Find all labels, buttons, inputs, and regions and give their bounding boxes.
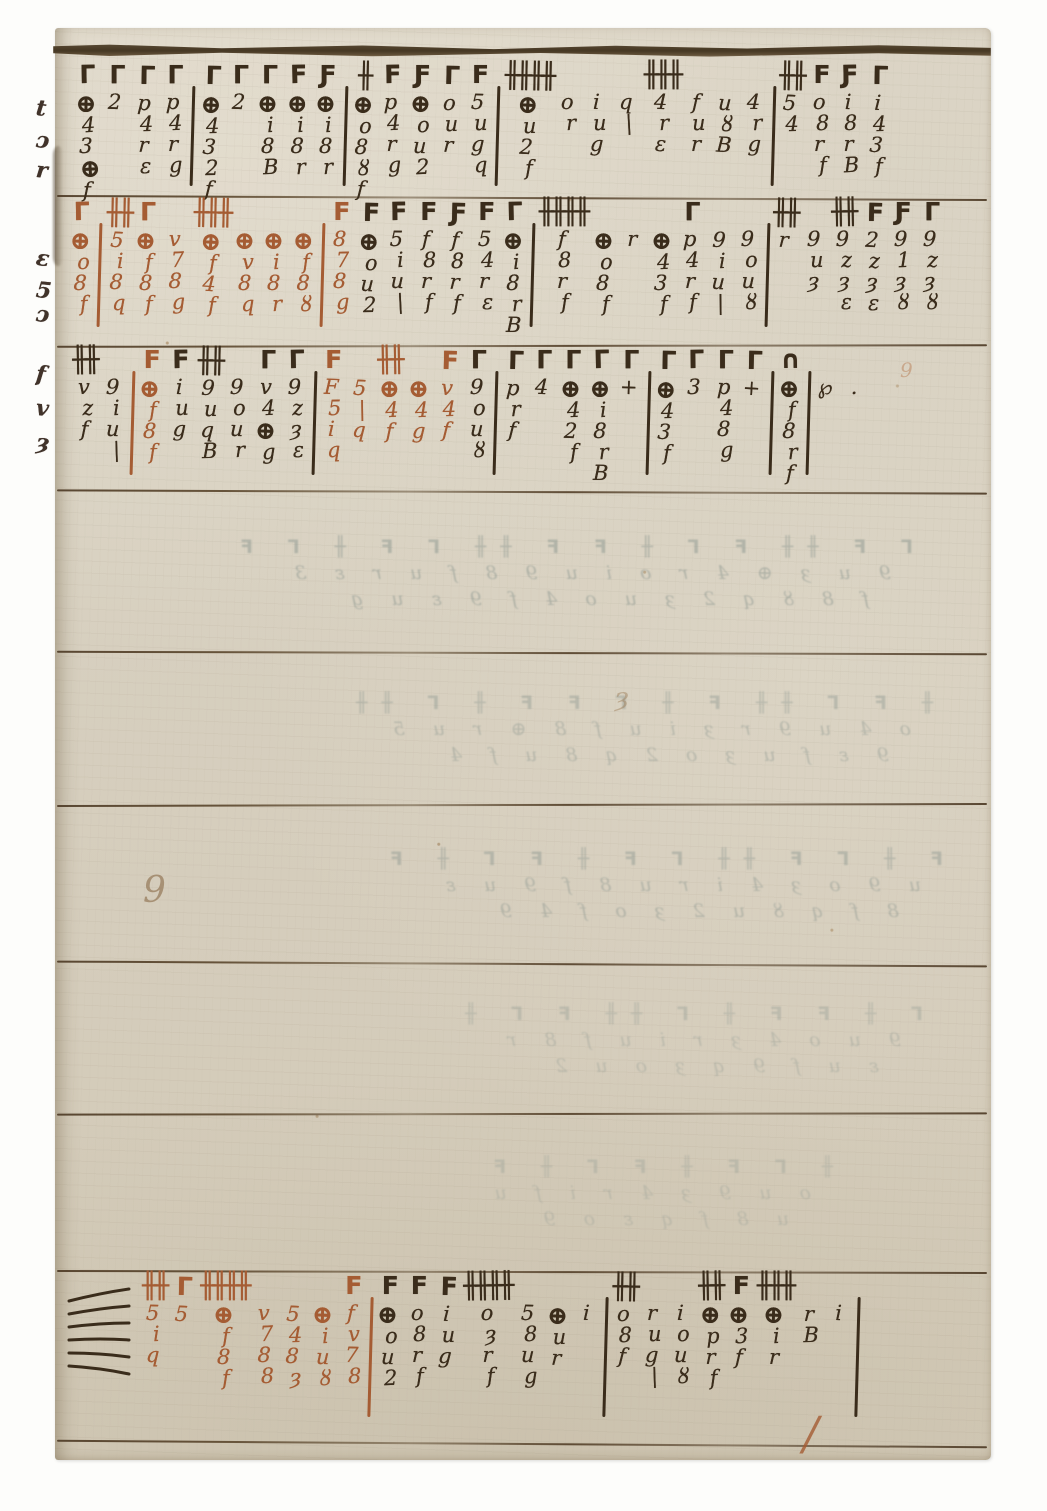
tab-note: f [663,443,671,464]
rhythm-flag-icon: ╫╫╫ [193,200,230,231]
tab-event-column: 9uȝ [803,199,827,292]
tab-note: 2 [384,1368,398,1389]
tab-note: 5 [175,1304,190,1326]
tab-note: ɛ [868,293,880,314]
bleed-line: 9 ɛ f u ȝ o 2 q 8 u f 4 [73,742,973,768]
tab-note: f [222,1326,231,1347]
tab-note: g [262,442,276,463]
rhythm-flag-icon: Γ [508,348,522,378]
gutter-fragment-glyph: ɛ [35,245,58,273]
tab-note: ⊕ [409,92,431,116]
tab-note: ⊕ [778,377,799,400]
rhythm-flag-icon: ╫╫ [142,1273,166,1303]
rhythm-flag-icon: F [144,347,158,377]
tab-note: i [267,115,274,136]
tab-note: f [148,400,157,421]
rhythm-flag-icon: F [472,62,486,92]
tab-event-column: ╫╫╫⊕f4f [191,200,230,317]
tab-event-column: ⊕43f [650,199,674,315]
rhythm-flag-icon: Γ [688,347,701,377]
tab-event-column: Fo8rf [406,1273,430,1387]
tab-note: B [716,135,733,157]
bleed-line: Γ F ╫╫ F Γ ╫ F F ╫╫ Γ F ╫ Γ F [73,534,973,560]
tab-note: g [171,292,186,314]
tab-note: f [148,442,157,463]
rhythm-flag-icon: ╫╫╫╫ [504,63,553,94]
rhythm-flag-icon: F [345,1273,359,1303]
tab-event-column: F⊕f8f [139,347,163,463]
tab-event-column: Γ9zȝɛ [283,347,309,461]
tab-event-column: Γi43f [865,63,891,177]
ruled-line [57,651,987,656]
tab-note: i [593,92,600,113]
tab-note: f [617,1346,626,1367]
barline [495,86,500,186]
rhythm-flag-icon: Γ [260,347,273,377]
barline [602,1297,608,1417]
tab-note: f [709,1368,718,1389]
tab-note: r [323,157,334,178]
tab-event-column: Γ9zȝȣ [919,199,943,313]
tab-event-column: Ffv78 [340,1273,364,1387]
rhythm-flag-icon: Γ [110,62,123,92]
bleed-line: 8 f q ȣ u 2 ȝ o f 4 9 [73,898,973,924]
tab-note: i [296,115,304,136]
tab-note: 2 [416,157,430,178]
rhythm-flag-icon: ╫╫╫╫ [539,199,587,229]
tab-event-column: Γv4⊕g [255,347,279,463]
tab-event-column: Ƒ⊕i8r [315,62,339,178]
tab-note: ⊕ [135,229,157,253]
tab-event-column: ╫╫⊕prf [698,1273,724,1389]
tab-note: i [835,1303,842,1324]
tab-note: ⊕ [263,229,285,253]
tab-event-column: iouȣ [670,1273,694,1387]
gutter-fragment-glyph: v [35,395,58,423]
tab-event-column: ⊕iuȣ [311,1273,335,1389]
tab-event-column: v78g [163,199,189,313]
tab-note: ȣ [745,292,758,314]
tab-note: ȣ [677,1366,689,1387]
rhythm-flag-icon: Γ [873,63,887,93]
bleed-line: o 4 u 9 r ȝ i u f 8 ⊕ r u 5 [73,716,973,742]
tab-note: ⊕ [763,1303,785,1327]
tab-note: f [451,230,460,251]
tab-event-column: or [557,62,581,134]
tab-note: ɛ [840,292,852,314]
tab-note: ℘ [818,377,833,398]
manuscript-page: Γ F ╫╫ F Γ ╫ F F ╫╫ Γ F ╫ Γ F9 u ȝ ⊕ 4 r… [55,28,991,1460]
rhythm-flag-icon: Γ [139,63,153,93]
tab-note: f [786,463,794,484]
barline [368,1297,374,1417]
tab-event-column: 4rg [742,62,768,155]
tab-note: i [512,252,520,273]
tab-event-column: ╫╫r [773,200,798,251]
tab-event-column: ╫╫╫╫f8rf [539,199,587,313]
rhythm-flag-icon: F [420,199,434,229]
ruled-line [57,803,987,807]
tab-note: ⊕ [286,92,307,115]
rhythm-flag-icon: Γ [718,347,731,377]
tab-note: f [525,158,533,179]
tab-event-column: Γ3 [683,347,708,398]
barline [190,86,195,186]
tab-note: 2 [363,295,377,316]
tab-event-column: ⊕o8f [592,199,616,315]
bleed-band: F ╫ Γ F ╫╫ Γ F ╫ F Γ ╫ Fu 9 o ȝ 4 i r u … [73,812,973,957]
tab-note: r [234,440,245,461]
rhythm-flag-icon: Γ [233,62,246,92]
bleed-band: ╫ F Γ ╫╫ F ╫ Γ F F ╫ Γ ╫╫o 4 u 9 r ȝ i u… [73,660,973,798]
tab-event-column: i [826,1273,851,1324]
tab-event-column: F⊕ou2 [356,200,382,316]
rhythm-flag-icon: Γ [593,347,606,377]
tab-event-column: Γ9ouȣ [465,347,489,461]
gutter-fragment-glyph: t [35,95,58,123]
barline [805,371,810,475]
tab-note: f [425,292,434,313]
tab-note: ⊕ [546,1303,568,1327]
rhythm-flag-icon: Γ [262,62,275,92]
tab-event-column: ╫⊕o8ȣf [350,63,377,200]
bleed-line: Γ ╫ F F ╫ Γ ╫╫ F Γ ╫ [73,1001,973,1027]
tab-note: f [561,292,570,313]
tab-note: q [112,293,126,314]
tab-event-column: ╫╫⊕4f [377,347,403,442]
rhythm-flag-icon: ╫╫ [72,347,97,377]
tab-event-column: ⊕ur [545,1274,571,1369]
tab-event-column: Γp4rɛ [132,63,158,177]
bleed-band-content: Γ F ╫╫ F Γ ╫ F F ╫╫ Γ F ╫ Γ F9 u ȝ ⊕ 4 r… [73,534,973,612]
tab-note: i [599,400,607,421]
ruled-line [57,1112,987,1116]
tab-event-column: Ƒi8rB [836,62,862,176]
tab-event-column: rug| [641,1273,665,1387]
rhythm-flag-icon: Γ [685,199,698,229]
tab-note: ȣ [473,440,485,461]
rhythm-flag-icon: Γ [623,347,636,377]
tab-note: + [620,377,638,399]
tab-note: i [273,252,280,273]
tab-note: f [558,229,567,250]
tab-event-column: ╫╫54 [779,63,805,135]
barline [130,371,135,475]
tab-note: f [208,295,216,316]
barline [493,371,498,475]
tab-note: r [752,113,763,134]
tab-note: i [112,398,119,419]
gutter-fragment-glyph: r [35,157,58,185]
tab-event-column: Γ2 [104,62,128,113]
tab-note: f [416,1366,425,1387]
tab-event-column: Γ⊕42f [560,347,584,463]
stray-ink-mark: ȝ [615,683,629,713]
bleed-band-content: ╫ Γ F ╫ F Γ ╫ Fo u 9 ȝ 4 r i f uu 8 f q … [73,1154,973,1232]
rhythm-flag-icon: F [440,1274,455,1304]
barline [769,371,774,475]
tab-event-column: Ƒ91ȝȣ [890,199,914,313]
tab-note: f [222,1368,231,1389]
rhythm-flag-icon: F [866,200,881,230]
rhythm-flag-icon: Ƒ [895,199,909,229]
tab-note: ȝ [808,271,820,292]
tab-note: | [112,440,120,461]
tab-event-column: 9ouȣ [736,199,762,313]
tab-note: 2 [231,92,245,113]
tab-note: ȣ [898,292,910,313]
tab-note: f [875,156,883,177]
tab-note: f [602,294,611,315]
rhythm-flag-icon: Γ [507,199,520,229]
tab-note: ⊕ [351,92,373,116]
rhythm-flag-empty [175,199,176,229]
tab-event-column: fur [685,62,709,155]
ruled-line [57,489,987,495]
tab-event-column: 9our [226,347,250,461]
tab-note: ɛ [140,156,152,177]
tab-event-column: Γ⊕i8B [257,62,281,178]
rhythm-flag-empty [748,199,749,229]
tab-note: f [79,294,88,315]
tab-note: ⊕ [655,377,677,401]
tab-note: ⊕ [292,229,313,252]
tab-event-column: ╫╫╫4rɛ [644,62,680,155]
rhythm-flag-icon: Ƒ [450,200,465,230]
gutter-fragment-glyph: f [35,361,58,389]
tab-note: r [627,229,637,250]
rhythm-flag-icon: ╫╫╫ [757,1273,793,1303]
gutter-fragment-glyph: ȝ [35,429,58,457]
rhythm-flag-icon: F [411,1273,425,1303]
tab-note: ȣ [300,294,313,316]
bleed-line: 9 u ȝ ⊕ 4 r o i u 9 8 f u r ɛ 3 [73,560,973,586]
barline [342,86,347,186]
bleed-band: Γ F ╫╫ F Γ ╫ F F ╫╫ Γ F ╫ Γ F9 u ȝ ⊕ 4 r… [73,500,973,645]
tab-note: r [510,399,520,420]
rhythm-flag-icon: ╫╫ [779,63,804,93]
tab-note: 4 [786,114,800,135]
tab-note: + [743,378,762,400]
tab-note: | [359,399,366,420]
rhythm-flag-icon: ╫╫ [773,200,798,230]
tab-note: 4 [535,377,549,398]
tab-event-column: Fiug [167,347,193,440]
rhythm-flag-icon: Γ [79,62,92,92]
tab-event-column: Γp4rg [162,62,186,176]
tab-note: g [169,155,183,176]
tab-event-column: Γ5 [171,1274,196,1325]
rhythm-flag-icon: F [172,347,187,377]
tab-event-column: ╫╫5i8q [104,200,130,314]
tab-note: ⊕ [79,156,101,180]
tab-note: ⊕ [199,229,221,253]
tab-note: g [524,1366,538,1387]
tab-note: i [116,251,123,272]
rhythm-flag-icon: F [813,62,827,92]
tab-event-column: ╫╫╫⊕ir [757,1273,793,1368]
rhythm-flag-empty [726,63,727,93]
tab-note: | [717,293,724,314]
tab-note: ɛ [481,292,493,313]
rhythm-flag-empty [362,348,363,378]
tab-event-column: ℘ [814,347,838,398]
tab-note: f [301,252,310,273]
tab-note: ⊕ [589,377,610,400]
tab-event-column: rB [797,1274,823,1346]
tab-event-column: ╫╫5iq [142,1273,166,1366]
tab-event-column: Γ+ [618,347,642,398]
rhythm-flag-icon: ╫ [358,63,371,93]
rhythm-flag-icon: Γ [747,348,761,378]
barline [854,1297,860,1417]
rhythm-flag-icon: ╫╫╫╫ [200,1273,248,1303]
rhythm-flag-empty [558,1274,559,1304]
bleed-line: f 8 ȣ q 2 ȝ u o 4 f 9 ɛ u g [73,586,973,612]
tab-note: 3 [688,377,702,398]
bleed-line: u 9 o ȝ 4 i r u 8 f 9 u ɛ [73,872,973,898]
tab-event-column: uȣB [713,63,739,156]
tab-event-column: ⊕v8q [234,199,258,315]
rhythm-flag-icon: Γ [444,63,458,93]
tab-event-column: Γp48g [712,347,736,461]
tab-note: i [175,377,182,398]
rhythm-flag-icon: Ƒ [841,62,856,92]
tab-note: i [874,93,882,114]
barline [770,86,775,186]
scan-background: Γ F ╫╫ F Γ ╫ F F ╫╫ Γ F ╫ Γ F9 u ȝ ⊕ 4 r… [0,0,1047,1511]
tab-note: ⊕ [212,1303,234,1327]
barline [645,371,650,475]
tab-event-column: F5ugq [467,62,491,176]
tab-note: ɛ [655,134,667,155]
tab-event-column: v788 [252,1273,278,1387]
tab-note: q [146,1345,160,1366]
tab-note: ⊕ [69,229,90,252]
tab-note: f [787,400,796,421]
rhythm-flag-icon: F [325,347,339,377]
tab-note: g [590,134,604,155]
tab-note: i [582,1303,589,1324]
tab-note: f [209,253,217,274]
tab-event-column: Γ⊕f8f [135,199,159,315]
tab-note: q [474,155,488,176]
tab-event-column: ⊕4g [407,347,431,442]
tab-note: ⊕ [234,229,256,253]
tab-note: 8 [347,1366,361,1387]
rhythm-flag-icon: ╫╫ [197,348,222,378]
rhythm-flag-empty [633,199,634,229]
tab-event-column: Ƒ⊕ou2 [409,62,433,178]
tab-note: r [443,135,454,157]
tab-note: r [565,113,576,134]
rhythm-flag-empty [721,200,722,230]
rhythm-flag-empty [754,62,755,92]
rhythm-flag-empty [264,1273,265,1303]
stray-ink-mark: 9 [143,870,166,911]
tab-note: B [844,155,861,177]
tab-event-column: Γ⊕i8rB [588,347,614,484]
tab-note: g [335,292,349,313]
tab-note: f [453,293,461,314]
bleed-band-content: ╫ F Γ ╫╫ F ╫ Γ F F ╫ Γ ╫╫o 4 u 9 r ȝ i u… [73,690,973,768]
tab-event-column: 548ȝ [281,1274,307,1388]
tab-note: B [506,315,522,336]
tab-event-column: 9iu| [102,347,126,461]
tab-note: g [719,440,733,461]
tab-note: f [660,294,669,315]
rhythm-flag-icon: ╫╫ [106,200,131,230]
tab-note: r [271,294,282,315]
rhythm-flag-icon: ∩ [780,347,798,377]
tab-note: | [625,113,633,134]
tab-event-column: . [843,347,867,398]
tab-note: B [804,1325,820,1346]
tab-event-column: Γour [437,63,463,156]
tab-note: r [779,230,790,252]
ruled-line [57,961,987,968]
rhythm-flag-icon: ╫╫ [612,1274,637,1304]
tab-event-column: ╫╫9zȝɛ [831,199,857,313]
tab-note: ⊕ [255,419,277,443]
tab-event-column: Ff8rf [415,199,439,313]
tab-event-column: F54rɛ [473,199,497,313]
tab-note: | [397,292,405,313]
bleed-line: 9 u o 4 ȝ r i u f 8 r [73,1027,973,1053]
tab-event-column: Fiug [434,1274,460,1367]
tab-note: ȣ [319,1368,331,1389]
tab-note: g [388,155,403,177]
tab-event-column: ⊕i8r [263,199,287,315]
tab-note: r [768,1347,779,1368]
rhythm-flag-icon: F [478,199,492,229]
tab-event-column: Γ⊕432f [197,63,224,200]
rhythm-flag-icon: ╫╫ [831,199,856,229]
rhythm-flag-icon: F [289,62,304,92]
tab-event-column: Fo8rf [808,62,832,176]
rhythm-flag-icon: F [333,199,347,229]
tab-event-column: 5|q [348,348,374,441]
tab-note: ⊕ [502,229,523,252]
tab-note: i [396,250,404,271]
rhythm-flag-icon: F [382,1273,396,1303]
tab-event-column: i [575,1273,599,1324]
tab-note: ⊕ [199,92,221,116]
tab-note: ⊕ [357,229,379,253]
tab-note: ⊕ [257,92,279,116]
tab-note: r [598,442,609,463]
bleed-band: Γ ╫ F F ╫ Γ ╫╫ F Γ ╫9 u o 4 ȝ r i u f 8 … [73,972,973,1107]
tab-note: i [322,1326,329,1347]
tab-event-column: Ƒf8rf [443,200,469,314]
rhythm-flag-icon: Γ [177,1274,191,1304]
tab-note: q [241,294,255,315]
tab-note: g [411,421,425,442]
tab-note: r [690,134,701,155]
rhythm-flag-icon: ╫╫ [698,1273,723,1303]
tab-note: i [325,115,332,136]
rhythm-flag-empty [626,62,627,92]
tab-note: ⊕ [315,92,337,116]
tab-event-column: ╫╫╫╫⊕u2f [502,63,553,180]
rhythm-flag-icon: F [384,62,399,92]
rhythm-flag-icon: Γ [288,347,301,377]
tab-event-column: Γ⊕o8f [68,199,94,315]
tab-note: ɛ [292,440,304,462]
rhythm-flag-icon: Γ [471,347,484,377]
tab-note: r [295,157,306,178]
tab-note: i [677,1303,684,1324]
